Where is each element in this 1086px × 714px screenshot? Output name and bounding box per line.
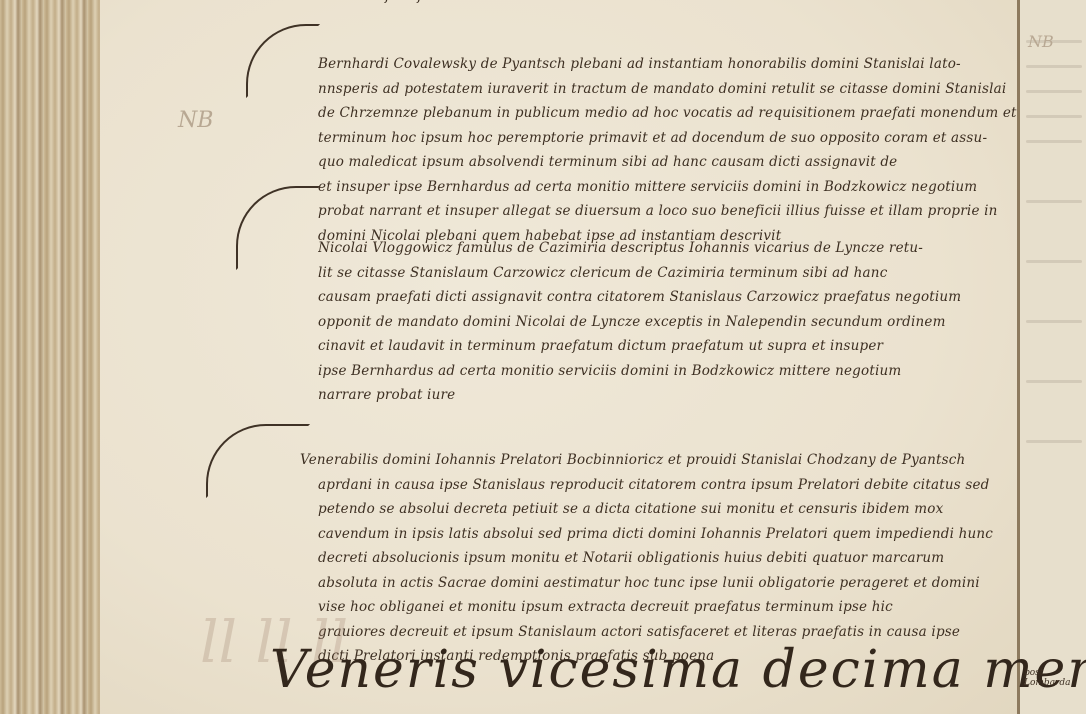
entry-1: Bernhardi Covalewsky de Pyantsch plebani… bbox=[318, 52, 1018, 248]
book-spine-edge bbox=[0, 0, 100, 714]
text-line: Bernhardi Covalewsky de Pyantsch plebani… bbox=[318, 52, 1018, 77]
text-line: Nicolai Vloggowicz famulus de Cazimiria … bbox=[318, 236, 1018, 261]
text-line: opponit de mandato domini Nicolai de Lyn… bbox=[318, 310, 1018, 335]
text-line: ipse Bernhardus ad certa monitio servici… bbox=[318, 359, 1018, 384]
text-line: absoluta in actis Sacrae domini aestimat… bbox=[300, 571, 1000, 596]
large-heading-script: Veneris vicesima decima mensis ost bbox=[270, 640, 1086, 700]
text-line: probat narrant et insuper allegat se diu… bbox=[318, 199, 1018, 224]
text-line: et insuper ipse Bernhardus ad certa moni… bbox=[318, 175, 1018, 200]
top-fragment-text: …o … ß … ß … bbox=[340, 0, 445, 4]
entry-2: Nicolai Vloggowicz famulus de Cazimiria … bbox=[318, 236, 1018, 408]
text-line: terminum hoc ipsum hoc peremptorie prima… bbox=[318, 126, 1018, 151]
entry-3: Venerabilis domini Iohannis Prelatori Bo… bbox=[300, 448, 1000, 669]
facing-page-edge bbox=[1020, 0, 1086, 714]
text-line: cinavit et laudavit in terminum praefatu… bbox=[318, 334, 1018, 359]
text-line: nnsperis ad potestatem iuraverit in trac… bbox=[318, 77, 1018, 102]
text-line: causam praefati dicti assignavit contra … bbox=[318, 285, 1018, 310]
text-line: vise hoc obliganei et monitu ipsum extra… bbox=[300, 595, 1000, 620]
text-line: cavendum in ipsis latis absolui sed prim… bbox=[300, 522, 1000, 547]
margin-nb-mark-right: NB bbox=[1028, 32, 1054, 51]
text-line: quo maledicat ipsum absolvendi terminum … bbox=[318, 150, 1018, 175]
margin-nb-mark: NB bbox=[178, 108, 213, 133]
text-line: narrare probat iure bbox=[318, 383, 1018, 408]
text-line: lit se citasse Stanislaum Carzowicz cler… bbox=[318, 261, 1018, 286]
text-line: petendo se absolui decreta petiuit se a … bbox=[300, 497, 1000, 522]
text-line: decreti absolucionis ipsum monitu et Not… bbox=[300, 546, 1000, 571]
text-line: aprdani in causa ipse Stanislaus reprodu… bbox=[300, 473, 1000, 498]
text-line: de Chrzemnze plebanum in publicum medio … bbox=[318, 101, 1018, 126]
marginal-note: post Lombarda bbox=[1024, 668, 1086, 688]
text-line: Venerabilis domini Iohannis Prelatori Bo… bbox=[300, 448, 1000, 473]
